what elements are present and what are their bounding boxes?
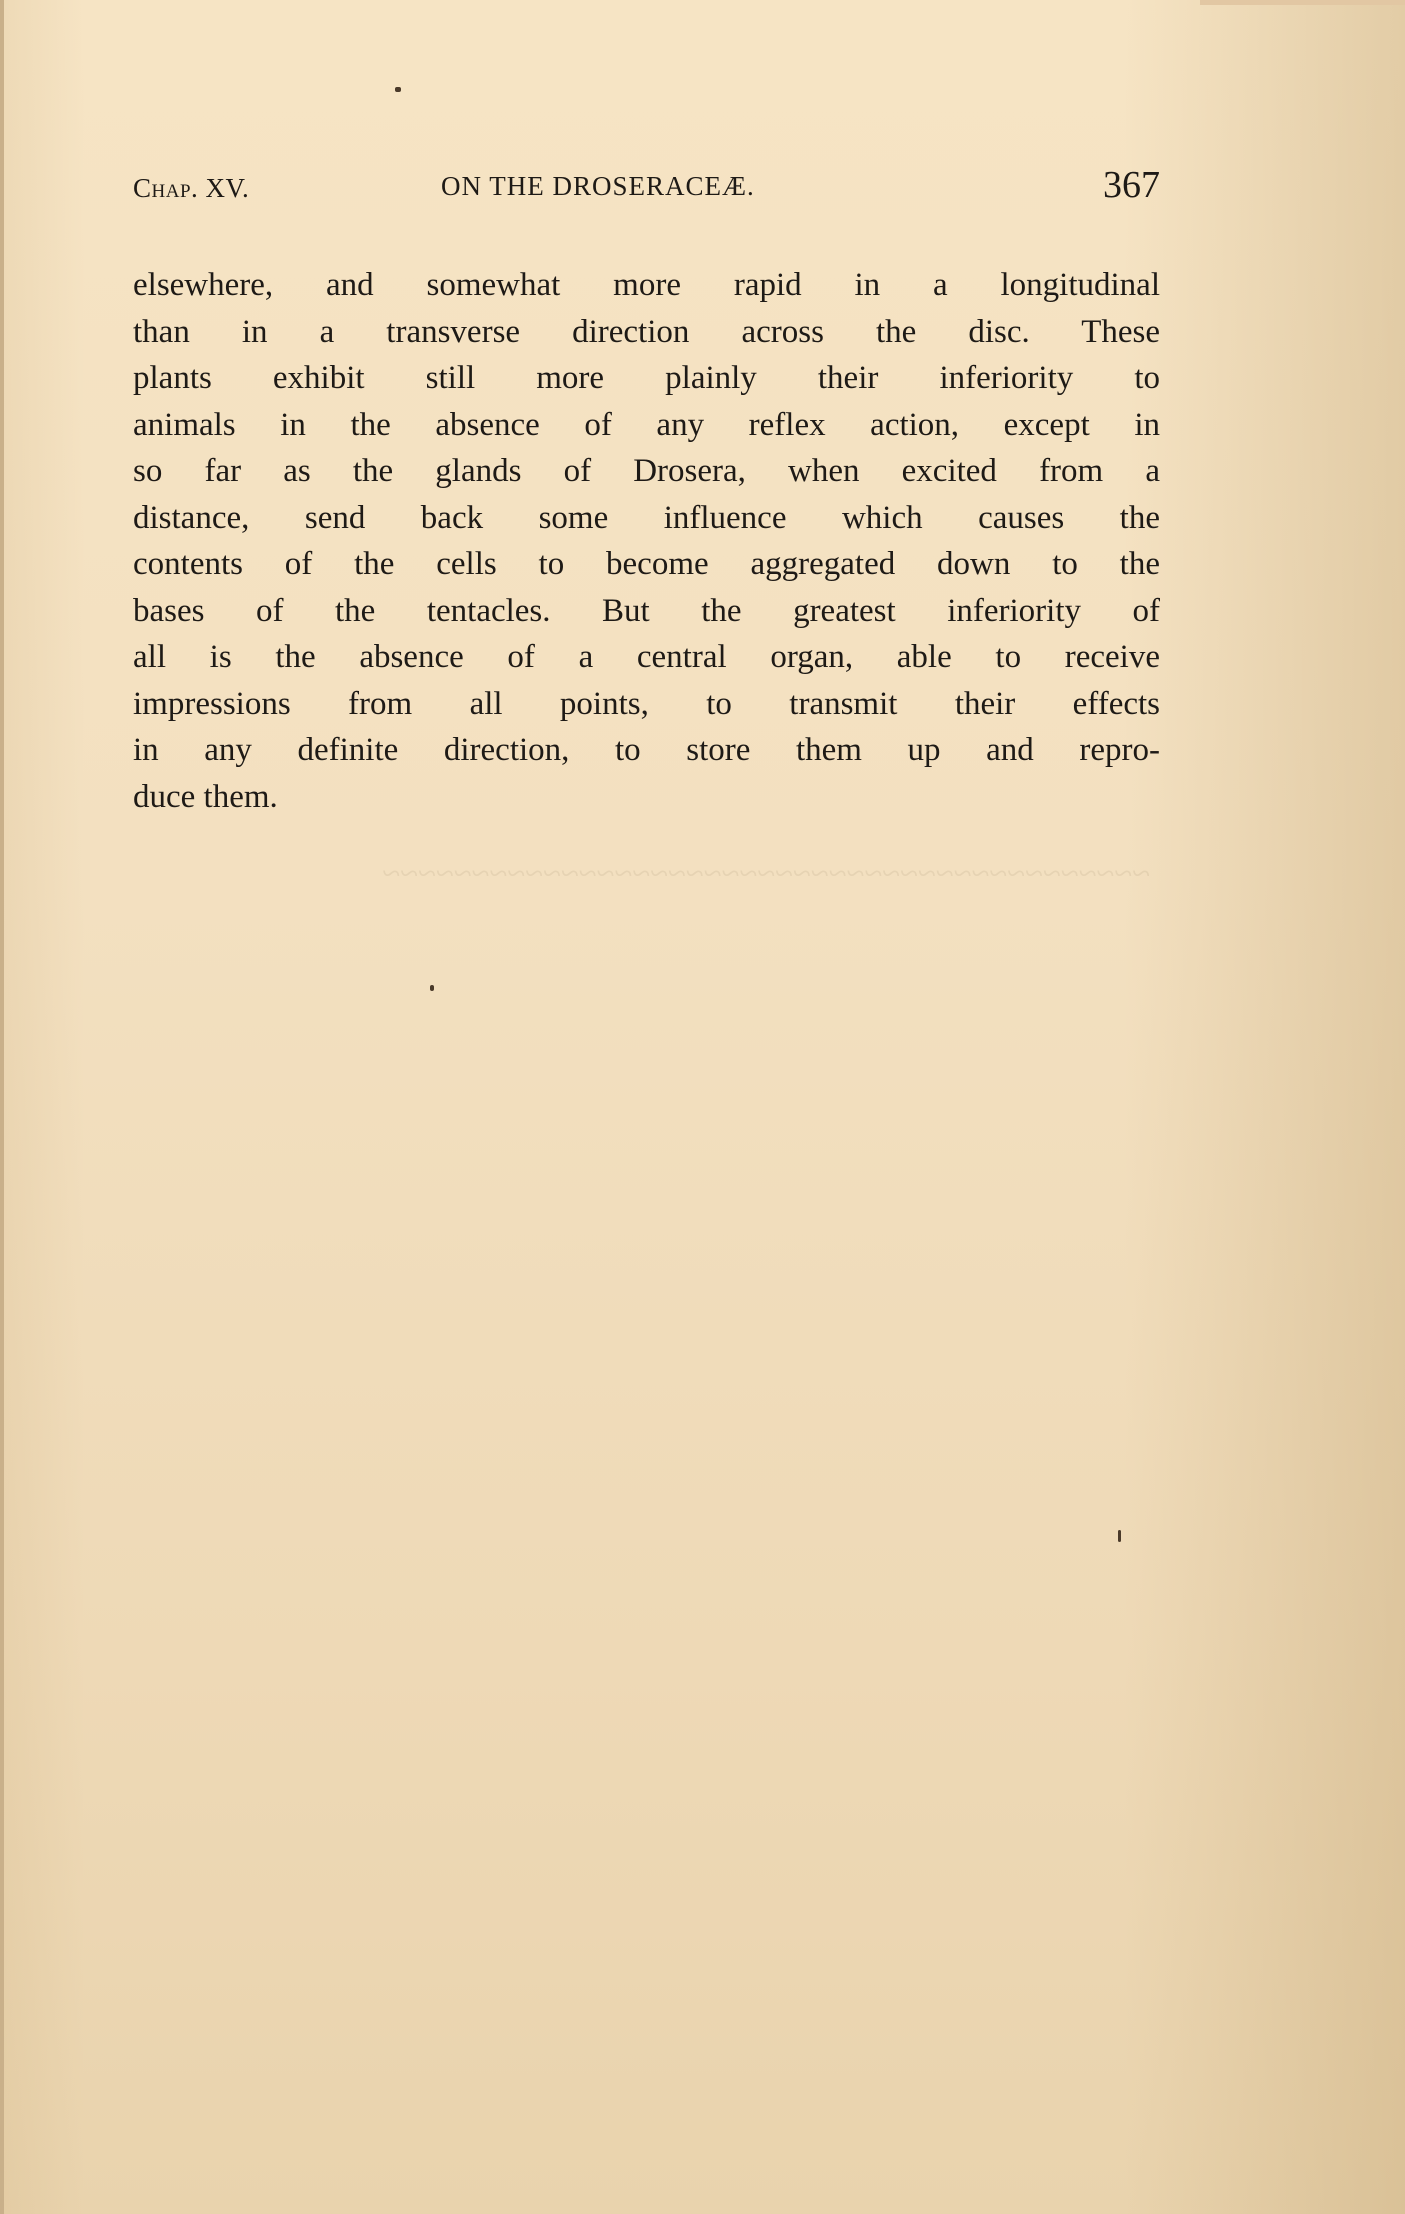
paper-speck xyxy=(1118,1530,1121,1542)
body-paragraph: elsewhere, and somewhat more rapid in a … xyxy=(133,262,1160,820)
text-line: distance, send back some influence which… xyxy=(133,495,1160,542)
text-line: than in a transverse direction across th… xyxy=(133,309,1160,356)
running-title: ON THE DROSERACEÆ. xyxy=(441,171,755,202)
text-line: plants exhibit still more plainly their … xyxy=(133,355,1160,402)
text-line: so far as the glands of Drosera, when ex… xyxy=(133,448,1160,495)
text-line: impressions from all points, to transmit… xyxy=(133,681,1160,728)
page-left-edge xyxy=(0,0,4,2214)
page-top-edge xyxy=(1200,0,1405,5)
running-head: Chap. XV. ON THE DROSERACEÆ. 367 xyxy=(133,163,1160,207)
text-line: bases of the tentacles. But the greatest… xyxy=(133,588,1160,635)
paper-speck xyxy=(395,87,401,92)
chapter-label: Chap. XV. xyxy=(133,173,249,204)
bleed-through-text: ~~~~~~~~~~~~~~~~~~~~~~~~~~~~~~~~~~~~~~~~… xyxy=(150,850,1150,898)
text-line: animals in the absence of any reflex act… xyxy=(133,402,1160,449)
paper-speck xyxy=(430,985,434,991)
page-number: 367 xyxy=(1103,163,1160,207)
text-line: elsewhere, and somewhat more rapid in a … xyxy=(133,262,1160,309)
text-line: in any definite direction, to store them… xyxy=(133,727,1160,774)
text-line-last: duce them. xyxy=(133,774,1160,821)
text-line: all is the absence of a central organ, a… xyxy=(133,634,1160,681)
text-line: contents of the cells to become aggregat… xyxy=(133,541,1160,588)
